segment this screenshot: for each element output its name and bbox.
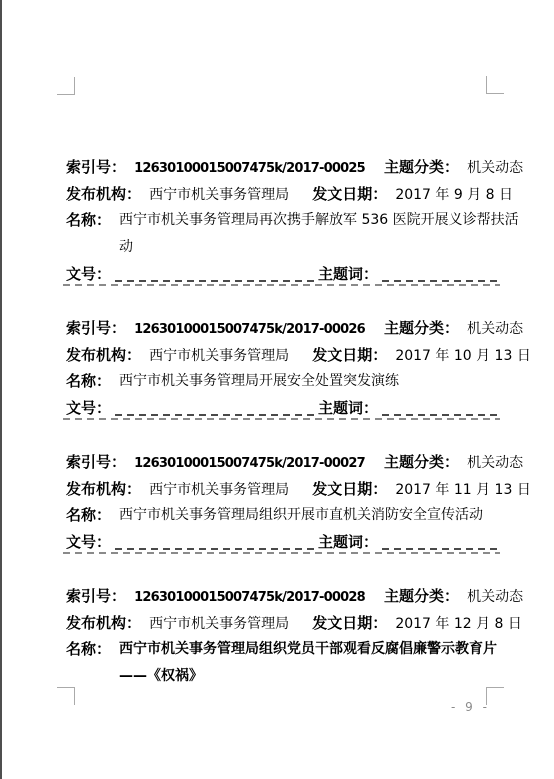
agency-value: 西宁市机关事务管理局 — [149, 187, 289, 203]
title-value: 西宁市机关事务管理局组织开展市直机关消防安全宣传活动 — [119, 502, 494, 529]
title-label: 名称： — [66, 207, 111, 234]
agency-label: 发布机构： — [66, 614, 141, 632]
agency-value: 西宁市机关事务管理局 — [149, 482, 289, 498]
page-number: - 9 - — [451, 700, 490, 714]
title-text-line: 动 — [119, 234, 494, 261]
index-label: 索引号： — [66, 453, 126, 471]
index-label: 索引号： — [66, 587, 126, 605]
date-label: 发文日期： — [312, 346, 387, 364]
agency-line: 发布机构： 西宁市机关事务管理局 发文日期： 2017 年 12 月 8 日 — [66, 609, 494, 636]
title-text-line: ——《权祸》 — [119, 663, 494, 690]
category-value: 机关动态 — [467, 321, 523, 337]
title-line: 名称： 西宁市机关事务管理局再次携手解放军 536 医院开展义诊帮扶活动 — [66, 207, 494, 261]
title-line: 名称： 西宁市机关事务管理局开展安全处置突发演练 — [66, 368, 494, 395]
index-line: 索引号： 12630100015007475k/2017-00027 主题分类：… — [66, 448, 494, 475]
date-value: 2017 年 12 月 8 日 — [395, 616, 522, 632]
margin-corner-mark-top-left — [57, 77, 75, 95]
date-value: 2017 年 10 月 13 日 — [395, 348, 531, 364]
title-label: 名称： — [66, 368, 111, 395]
date-value: 2017 年 9 月 8 日 — [395, 187, 513, 203]
index-label: 索引号： — [66, 158, 126, 176]
date-label: 发文日期： — [312, 480, 387, 498]
title-label: 名称： — [66, 502, 111, 529]
title-value: 西宁市机关事务管理局开展安全处置突发演练 — [119, 368, 494, 395]
category-label: 主题分类： — [384, 587, 459, 605]
index-label: 索引号： — [66, 319, 126, 337]
category-label: 主题分类： — [384, 319, 459, 337]
title-text-line: 西宁市机关事务管理局组织开展市直机关消防安全宣传活动 — [119, 502, 494, 529]
agency-label: 发布机构： — [66, 185, 141, 203]
title-text-line: 西宁市机关事务管理局开展安全处置突发演练 — [119, 368, 494, 395]
record: 索引号： 12630100015007475k/2017-00027 主题分类：… — [66, 448, 494, 556]
category-value: 机关动态 — [467, 160, 523, 176]
agency-line: 发布机构： 西宁市机关事务管理局 发文日期： 2017 年 9 月 8 日 — [66, 180, 494, 207]
date-label: 发文日期： — [312, 185, 387, 203]
margin-corner-mark-top-right — [486, 76, 504, 94]
record-separator — [63, 552, 500, 554]
agency-line: 发布机构： 西宁市机关事务管理局 发文日期： 2017 年 10 月 13 日 — [66, 341, 494, 368]
index-value: 12630100015007475k/2017-00027 — [134, 456, 365, 471]
date-value: 2017 年 11 月 13 日 — [395, 482, 531, 498]
category-label: 主题分类： — [384, 158, 459, 176]
record: 索引号： 12630100015007475k/2017-00028 主题分类：… — [66, 582, 494, 690]
agency-label: 发布机构： — [66, 480, 141, 498]
document-page: 索引号： 12630100015007475k/2017-00025 主题分类：… — [0, 0, 554, 779]
title-text-line: 西宁市机关事务管理局组织党员干部观看反腐倡廉警示教育片 — [119, 636, 494, 663]
agency-label: 发布机构： — [66, 346, 141, 364]
record-separator — [63, 284, 500, 286]
title-text-line: 西宁市机关事务管理局再次携手解放军 536 医院开展义诊帮扶活 — [119, 207, 494, 234]
category-label: 主题分类： — [384, 453, 459, 471]
record: 索引号： 12630100015007475k/2017-00026 主题分类：… — [66, 314, 494, 422]
index-line: 索引号： 12630100015007475k/2017-00025 主题分类：… — [66, 153, 494, 180]
category-value: 机关动态 — [467, 589, 523, 605]
agency-line: 发布机构： 西宁市机关事务管理局 发文日期： 2017 年 11 月 13 日 — [66, 475, 494, 502]
index-value: 12630100015007475k/2017-00025 — [134, 161, 365, 176]
record-separator — [63, 418, 500, 420]
index-value: 12630100015007475k/2017-00028 — [134, 590, 365, 605]
date-label: 发文日期： — [312, 614, 387, 632]
title-label: 名称： — [66, 636, 111, 663]
records-list: 索引号： 12630100015007475k/2017-00025 主题分类：… — [66, 153, 494, 690]
title-line: 名称： 西宁市机关事务管理局组织开展市直机关消防安全宣传活动 — [66, 502, 494, 529]
record: 索引号： 12630100015007475k/2017-00025 主题分类：… — [66, 153, 494, 288]
agency-value: 西宁市机关事务管理局 — [149, 348, 289, 364]
index-value: 12630100015007475k/2017-00026 — [134, 322, 365, 337]
category-value: 机关动态 — [467, 455, 523, 471]
index-line: 索引号： 12630100015007475k/2017-00028 主题分类：… — [66, 582, 494, 609]
title-line: 名称： 西宁市机关事务管理局组织党员干部观看反腐倡廉警示教育片——《权祸》 — [66, 636, 494, 690]
title-value: 西宁市机关事务管理局再次携手解放军 536 医院开展义诊帮扶活动 — [119, 207, 494, 261]
agency-value: 西宁市机关事务管理局 — [149, 616, 289, 632]
index-line: 索引号： 12630100015007475k/2017-00026 主题分类：… — [66, 314, 494, 341]
title-value: 西宁市机关事务管理局组织党员干部观看反腐倡廉警示教育片——《权祸》 — [119, 636, 494, 690]
